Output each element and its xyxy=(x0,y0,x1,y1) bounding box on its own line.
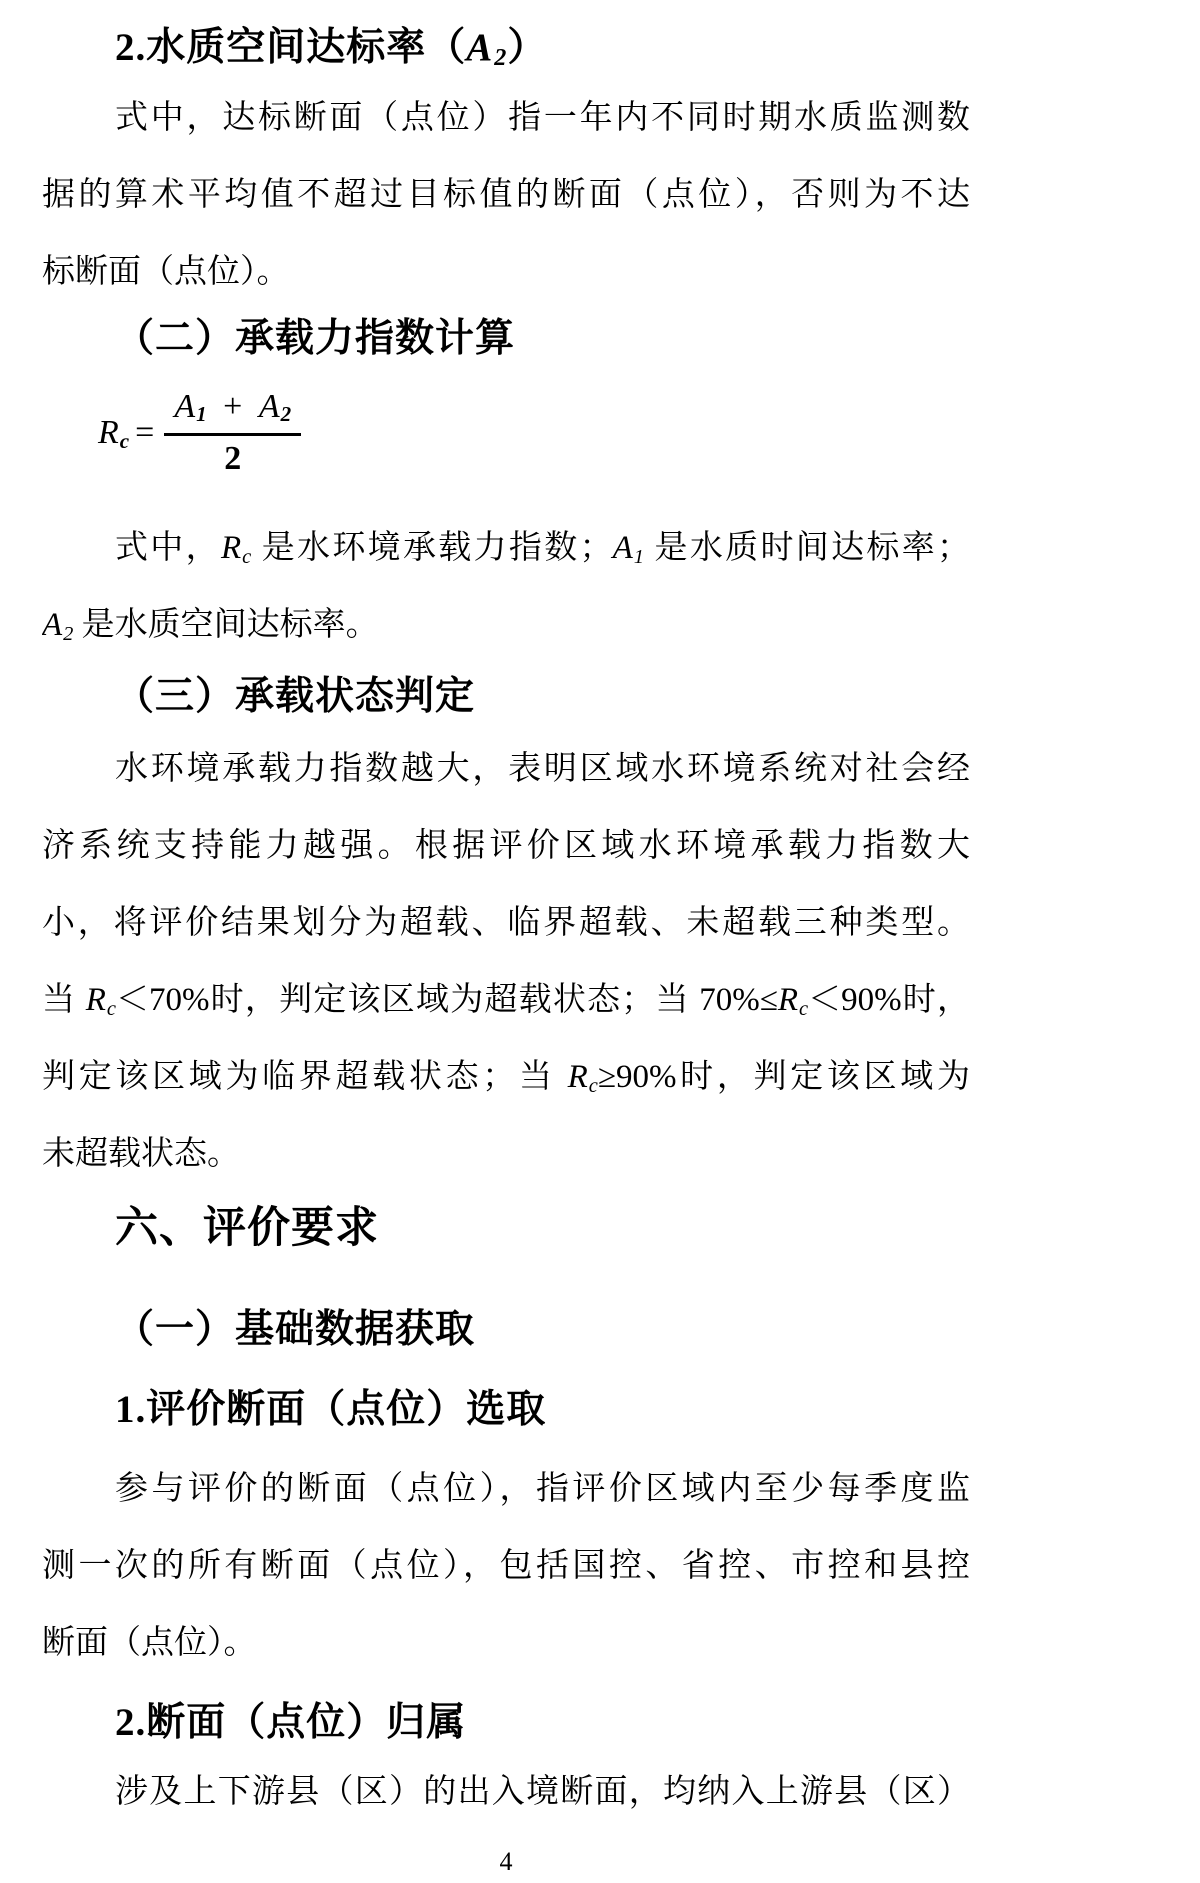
text-line: 未超载状态。 xyxy=(42,1116,970,1193)
text-line: 参与评价的断面（点位），指评价区域内至少每季度监 xyxy=(42,1451,970,1528)
paragraph-status-criteria: 水环境承载力指数越大，表明区域水环境系统对社会经济系统支持能力越强。根据评价区域… xyxy=(42,731,970,1193)
text-line: 标断面（点位）。 xyxy=(42,234,970,311)
text-line: 测一次的所有断面（点位），包括国控、省控、市控和县控 xyxy=(42,1528,970,1605)
text-line: 式中，达标断面（点位）指一年内不同时期水质监测数 xyxy=(42,80,970,157)
text-line: 涉及上下游县（区）的出入境断面，均纳入上游县（区） xyxy=(42,1754,970,1831)
heading-section-selection: 1.评价断面（点位）选取 xyxy=(42,1386,970,1434)
paragraph-section-attribution: 涉及上下游县（区）的出入境断面，均纳入上游县（区） xyxy=(42,1754,970,1831)
heading-spatial-attainment-rate: 2.水质空间达标率（A2） xyxy=(42,24,970,72)
variable: A1 xyxy=(613,530,644,566)
document-page: 2.水质空间达标率（A2） 式中，达标断面（点位）指一年内不同时期水质监测数据的… xyxy=(0,0,1200,1883)
carrying-capacity-index-formula: Rc = A1 + A2 2 xyxy=(98,387,970,479)
paragraph-section-selection: 参与评价的断面（点位），指评价区域内至少每季度监测一次的所有断面（点位），包括国… xyxy=(42,1451,970,1682)
text-line: 水环境承载力指数越大，表明区域水环境系统对社会经 xyxy=(42,731,970,808)
heading-section-attribution: 2.断面（点位）归属 xyxy=(42,1699,970,1747)
variable-a2: A2 xyxy=(259,388,291,425)
text-line: 判定该区域为临界超载状态；当 Rc≥90%时，判定该区域为 xyxy=(42,1039,970,1116)
text-line: 小，将评价结果划分为超载、临界超载、未超载三种类型。 xyxy=(42,885,970,962)
variable: Rc xyxy=(568,1059,598,1095)
fraction-denominator: 2 xyxy=(224,436,241,480)
document-content: 2.水质空间达标率（A2） 式中，达标断面（点位）指一年内不同时期水质监测数据的… xyxy=(42,24,970,1879)
text-line: 济系统支持能力越强。根据评价区域水环境承载力指数大 xyxy=(42,808,970,885)
page-number: 4 xyxy=(42,1845,970,1879)
paragraph-attainment-definition: 式中，达标断面（点位）指一年内不同时期水质监测数据的算术平均值不超过目标值的断面… xyxy=(42,80,970,311)
heading-evaluation-requirements: 六、评价要求 xyxy=(42,1203,970,1255)
heading-carrying-status-judgement: （三）承载状态判定 xyxy=(42,673,970,721)
variable-a1: A1 xyxy=(174,388,206,425)
equals-sign: = xyxy=(135,414,154,452)
fraction-numerator: A1 + A2 xyxy=(164,387,301,436)
formula-lhs-variable: Rc xyxy=(98,414,129,452)
text-line: 断面（点位）。 xyxy=(42,1605,970,1682)
text-line: 据的算术平均值不超过目标值的断面（点位），否则为不达 xyxy=(42,157,970,234)
variable: A2 xyxy=(466,26,507,69)
plus-sign: + xyxy=(223,388,242,425)
variable: A2 xyxy=(42,607,73,643)
variable: Rc xyxy=(86,982,116,1018)
variable: Rc xyxy=(221,530,251,566)
heading-carrying-index-calculation: （二）承载力指数计算 xyxy=(42,315,970,363)
text-line: 当 Rc＜70%时，判定该区域为超载状态；当 70%≤Rc＜90%时， xyxy=(42,962,970,1039)
heading-basic-data-acquisition: （一）基础数据获取 xyxy=(42,1306,970,1354)
fraction: A1 + A2 2 xyxy=(164,387,301,480)
variable: Rc xyxy=(778,982,808,1018)
text-line: 式中，Rc 是水环境承载力指数；A1 是水质时间达标率； xyxy=(42,510,970,587)
text-line: A2 是水质空间达标率。 xyxy=(42,587,970,664)
paragraph-formula-symbols: 式中，Rc 是水环境承载力指数；A1 是水质时间达标率；A2 是水质空间达标率。 xyxy=(42,510,970,664)
